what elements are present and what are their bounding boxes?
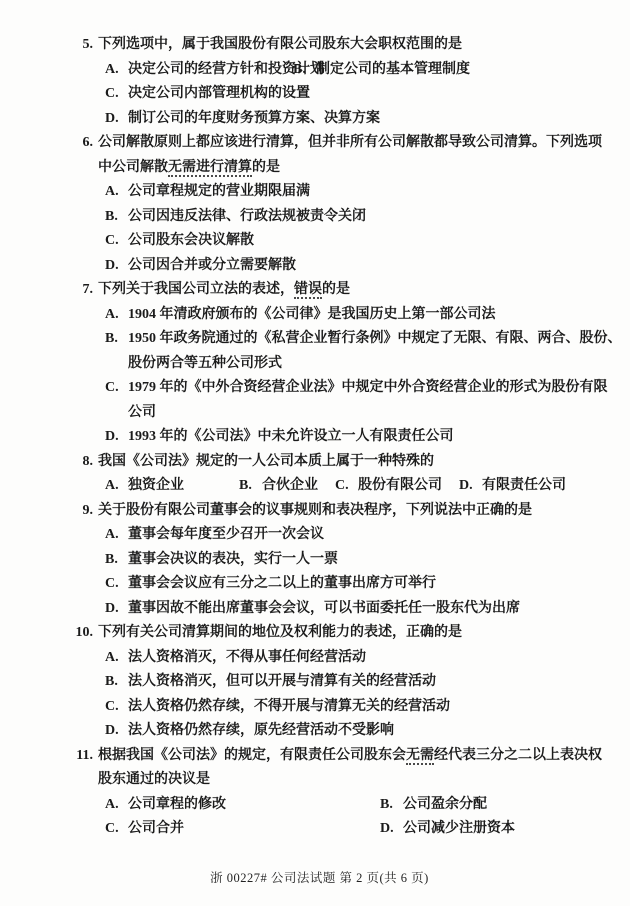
question-stem: 公司解散原则上都应该进行清算，但并非所有公司解散都导致公司清算。下列选项中公司解… xyxy=(98,131,572,180)
option-text-line: 独资企业 xyxy=(128,474,184,499)
option-text: 公司章程的修改 xyxy=(128,793,226,818)
option: B.公司盈余分配 xyxy=(380,793,487,818)
option-label: B. xyxy=(293,58,316,83)
option-label: D. xyxy=(105,254,128,279)
option-row: A.决定公司的经营方针和投资计划B.制定公司的基本管理制度 xyxy=(105,58,572,83)
option-text: 公司因违反法律、行政法规被责令关闭 xyxy=(128,205,366,230)
option-text: 1904 年清政府颁布的《公司律》是我国历史上第一部公司法 xyxy=(128,303,496,328)
option-text: 法人资格仍然存续，不得开展与清算无关的经营活动 xyxy=(128,695,450,720)
option: D.有限责任公司 xyxy=(459,474,566,499)
stem-text: 根据我国《公司法》的规定，有限责任公司股东会 xyxy=(98,748,406,763)
stem-text: 的是 xyxy=(252,160,280,175)
option-row: D.董事因故不能出席董事会会议，可以书面委托任一股东代为出席 xyxy=(105,597,572,622)
option-text-line: 决定公司内部管理机构的设置 xyxy=(128,82,310,107)
option-label: B. xyxy=(105,548,128,573)
option-row: C.决定公司内部管理机构的设置 xyxy=(105,82,572,107)
option-text-line: 公司减少注册资本 xyxy=(403,817,515,842)
option-label: D. xyxy=(105,597,128,622)
stem-text: 我国《公司法》规定的一人公司本质上属于一种特殊的 xyxy=(98,454,434,469)
option: D.公司减少注册资本 xyxy=(380,817,515,842)
stem-text: 公司解散原则上都应该进行清算，但并非所有公司解散都导致公司清算。下列选项 xyxy=(98,135,602,150)
option-text: 独资企业 xyxy=(128,474,184,499)
option-text: 1979 年的《中外合资经营企业法》中规定中外合资经营企业的形式为股份有限公司 xyxy=(128,376,572,425)
option-label: A. xyxy=(105,58,128,83)
options: A.公司章程的修改B.公司盈余分配C.公司合并D.公司减少注册资本 xyxy=(105,793,572,842)
stem-text: 下列关于我国公司立法的表述， xyxy=(98,282,294,297)
option-text: 公司减少注册资本 xyxy=(403,817,515,842)
question: 7.下列关于我国公司立法的表述，错误的是A.1904 年清政府颁布的《公司律》是… xyxy=(67,278,572,450)
option-label: A. xyxy=(105,180,128,205)
questions: 5.下列选项中，属于我国股份有限公司股东大会职权范围的是A.决定公司的经营方针和… xyxy=(67,33,572,842)
option: A.决定公司的经营方针和投资计划 xyxy=(105,58,293,83)
option-text-line: 1950 年政务院通过的《私营企业暂行条例》中规定了无限、有限、两合、股份、 xyxy=(128,327,572,352)
option-text-line: 1993 年的《公司法》中未允许设立一人有限责任公司 xyxy=(128,425,454,450)
option-text-line: 股份两合等五种公司形式 xyxy=(128,352,572,377)
option-row: B.1950 年政务院通过的《私营企业暂行条例》中规定了无限、有限、两合、股份、… xyxy=(105,327,572,376)
option-label: B. xyxy=(105,205,128,230)
option-row: C.董事会会议应有三分之二以上的董事出席方可举行 xyxy=(105,572,572,597)
option: D.1993 年的《公司法》中未允许设立一人有限责任公司 xyxy=(105,425,454,450)
option: D.制订公司的年度财务预算方案、决算方案 xyxy=(105,107,380,132)
option-text: 董事会会议应有三分之二以上的董事出席方可举行 xyxy=(128,572,436,597)
option: B.董事会决议的表决，实行一人一票 xyxy=(105,548,338,573)
question: 10.下列有关公司清算期间的地位及权利能力的表述，正确的是A.法人资格消灭，不得… xyxy=(67,621,572,744)
options: A.决定公司的经营方针和投资计划B.制定公司的基本管理制度C.决定公司内部管理机… xyxy=(105,58,572,132)
stem-line: 根据我国《公司法》的规定，有限责任公司股东会无需经代表三分之二以上表决权 xyxy=(98,744,572,769)
page-footer: 浙 00227# 公司法试题 第 2 页(共 6 页) xyxy=(67,866,572,891)
stem-text: 下列有关公司清算期间的地位及权利能力的表述，正确的是 xyxy=(98,625,462,640)
option-text-line: 制定公司的基本管理制度 xyxy=(316,58,470,83)
option-label: A. xyxy=(105,793,128,818)
stem-text: 经代表三分之二以上表决权 xyxy=(434,748,602,763)
option-text: 公司章程规定的营业期限届满 xyxy=(128,180,310,205)
question-number: 7. xyxy=(67,278,93,303)
option-text: 1993 年的《公司法》中未允许设立一人有限责任公司 xyxy=(128,425,454,450)
option-text: 有限责任公司 xyxy=(482,474,566,499)
option-label: B. xyxy=(380,793,403,818)
option-label: D. xyxy=(459,474,482,499)
options: A.1904 年清政府颁布的《公司律》是我国历史上第一部公司法B.1950 年政… xyxy=(105,303,572,450)
option: A.公司章程的修改 xyxy=(105,793,380,818)
question-stem-row: 6.公司解散原则上都应该进行清算，但并非所有公司解散都导致公司清算。下列选项中公… xyxy=(67,131,572,180)
question-stem: 关于股份有限公司董事会的议事规则和表决程序，下列说法中正确的是 xyxy=(98,499,572,524)
option-text-line: 公司因合并或分立需要解散 xyxy=(128,254,296,279)
option: D.公司因合并或分立需要解散 xyxy=(105,254,296,279)
option: A.董事会每年度至少召开一次会议 xyxy=(105,523,324,548)
question-stem-row: 8.我国《公司法》规定的一人公司本质上属于一种特殊的 xyxy=(67,450,572,475)
stem-text: 股东通过的决议是 xyxy=(98,772,210,787)
option: C.法人资格仍然存续，不得开展与清算无关的经营活动 xyxy=(105,695,450,720)
option-text-line: 1979 年的《中外合资经营企业法》中规定中外合资经营企业的形式为股份有限 xyxy=(128,376,572,401)
stem-text: 的是 xyxy=(322,282,350,297)
stem-line: 公司解散原则上都应该进行清算，但并非所有公司解散都导致公司清算。下列选项 xyxy=(98,131,572,156)
option-label: C. xyxy=(105,229,128,254)
emphasis-text: 错误 xyxy=(294,282,322,299)
option-row: B.法人资格消灭，但可以开展与清算有关的经营活动 xyxy=(105,670,572,695)
option-row: C.公司股东会决议解散 xyxy=(105,229,572,254)
question-stem: 下列选项中，属于我国股份有限公司股东大会职权范围的是 xyxy=(98,33,572,58)
option-text-line: 有限责任公司 xyxy=(482,474,566,499)
option-text: 1950 年政务院通过的《私营企业暂行条例》中规定了无限、有限、两合、股份、股份… xyxy=(128,327,572,376)
stem-line: 下列有关公司清算期间的地位及权利能力的表述，正确的是 xyxy=(98,621,572,646)
question-number: 10. xyxy=(67,621,93,646)
option-text-line: 合伙企业 xyxy=(262,474,318,499)
option-label: C. xyxy=(105,376,128,401)
question-number: 5. xyxy=(67,33,93,58)
option: C.决定公司内部管理机构的设置 xyxy=(105,82,310,107)
stem-line: 我国《公司法》规定的一人公司本质上属于一种特殊的 xyxy=(98,450,572,475)
option: C.公司合并 xyxy=(105,817,380,842)
option: B.公司因违反法律、行政法规被责令关闭 xyxy=(105,205,366,230)
option-text-line: 公司盈余分配 xyxy=(403,793,487,818)
option-text: 董事因故不能出席董事会会议，可以书面委托任一股东代为出席 xyxy=(128,597,520,622)
question-stem-row: 5.下列选项中，属于我国股份有限公司股东大会职权范围的是 xyxy=(67,33,572,58)
option-label: C. xyxy=(335,474,358,499)
option-row: A.董事会每年度至少召开一次会议 xyxy=(105,523,572,548)
option-row: D.公司因合并或分立需要解散 xyxy=(105,254,572,279)
stem-line: 下列选项中，属于我国股份有限公司股东大会职权范围的是 xyxy=(98,33,572,58)
option-label: D. xyxy=(380,817,403,842)
option-text-line: 法人资格消灭，但可以开展与清算有关的经营活动 xyxy=(128,670,436,695)
question: 11.根据我国《公司法》的规定，有限责任公司股东会无需经代表三分之二以上表决权股… xyxy=(67,744,572,842)
option-text-line: 董事会每年度至少召开一次会议 xyxy=(128,523,324,548)
question: 5.下列选项中，属于我国股份有限公司股东大会职权范围的是A.决定公司的经营方针和… xyxy=(67,33,572,131)
option: B.1950 年政务院通过的《私营企业暂行条例》中规定了无限、有限、两合、股份、… xyxy=(105,327,572,376)
stem-line: 关于股份有限公司董事会的议事规则和表决程序，下列说法中正确的是 xyxy=(98,499,572,524)
question-stem: 根据我国《公司法》的规定，有限责任公司股东会无需经代表三分之二以上表决权股东通过… xyxy=(98,744,572,793)
option-label: A. xyxy=(105,474,128,499)
stem-line: 股东通过的决议是 xyxy=(98,768,572,793)
stem-line: 下列关于我国公司立法的表述，错误的是 xyxy=(98,278,572,303)
option-row: D.制订公司的年度财务预算方案、决算方案 xyxy=(105,107,572,132)
option-text-line: 法人资格消灭，不得从事任何经营活动 xyxy=(128,646,366,671)
option-text: 法人资格消灭，不得从事任何经营活动 xyxy=(128,646,366,671)
option-label: A. xyxy=(105,303,128,328)
option-text: 董事会每年度至少召开一次会议 xyxy=(128,523,324,548)
option-label: B. xyxy=(105,327,128,352)
option-text-line: 公司合并 xyxy=(128,817,184,842)
option-text: 制定公司的基本管理制度 xyxy=(316,58,470,83)
option-text-line: 公司 xyxy=(128,401,572,426)
option: B.法人资格消灭，但可以开展与清算有关的经营活动 xyxy=(105,670,436,695)
exam-page: 5.下列选项中，属于我国股份有限公司股东大会职权范围的是A.决定公司的经营方针和… xyxy=(0,0,630,906)
option-text-line: 股份有限公司 xyxy=(358,474,442,499)
option: B.合伙企业 xyxy=(239,474,335,499)
option-text: 法人资格消灭，但可以开展与清算有关的经营活动 xyxy=(128,670,436,695)
option-label: D. xyxy=(105,107,128,132)
options: A.公司章程规定的营业期限届满B.公司因违反法律、行政法规被责令关闭C.公司股东… xyxy=(105,180,572,278)
option: C.董事会会议应有三分之二以上的董事出席方可举行 xyxy=(105,572,436,597)
question-stem: 我国《公司法》规定的一人公司本质上属于一种特殊的 xyxy=(98,450,572,475)
option: A.公司章程规定的营业期限届满 xyxy=(105,180,310,205)
option-text-line: 决定公司的经营方针和投资计划 xyxy=(128,58,293,83)
option-label: C. xyxy=(105,817,128,842)
option-text: 决定公司内部管理机构的设置 xyxy=(128,82,310,107)
option-label: D. xyxy=(105,719,128,744)
option-text: 董事会决议的表决，实行一人一票 xyxy=(128,548,338,573)
option-row: A.公司章程的修改B.公司盈余分配 xyxy=(105,793,572,818)
stem-text: 关于股份有限公司董事会的议事规则和表决程序，下列说法中正确的是 xyxy=(98,503,532,518)
option: D.董事因故不能出席董事会会议，可以书面委托任一股东代为出席 xyxy=(105,597,520,622)
option-row: A.法人资格消灭，不得从事任何经营活动 xyxy=(105,646,572,671)
option-text-line: 董事会会议应有三分之二以上的董事出席方可举行 xyxy=(128,572,436,597)
option-text-line: 公司因违反法律、行政法规被责令关闭 xyxy=(128,205,366,230)
question-stem: 下列有关公司清算期间的地位及权利能力的表述，正确的是 xyxy=(98,621,572,646)
option-row: B.董事会决议的表决，实行一人一票 xyxy=(105,548,572,573)
option-text-line: 董事会决议的表决，实行一人一票 xyxy=(128,548,338,573)
question-number: 8. xyxy=(67,450,93,475)
option-text: 公司股东会决议解散 xyxy=(128,229,254,254)
option: A.独资企业 xyxy=(105,474,239,499)
option-label: B. xyxy=(105,670,128,695)
option-text-line: 公司章程的修改 xyxy=(128,793,226,818)
option: C.股份有限公司 xyxy=(335,474,459,499)
option-text: 法人资格仍然存续，原先经营活动不受影响 xyxy=(128,719,394,744)
option-label: C. xyxy=(105,572,128,597)
option-text-line: 法人资格仍然存续，不得开展与清算无关的经营活动 xyxy=(128,695,450,720)
option-text-line: 制订公司的年度财务预算方案、决算方案 xyxy=(128,107,380,132)
options: A.法人资格消灭，不得从事任何经营活动B.法人资格消灭，但可以开展与清算有关的经… xyxy=(105,646,572,744)
option: C.1979 年的《中外合资经营企业法》中规定中外合资经营企业的形式为股份有限公… xyxy=(105,376,572,425)
options: A.独资企业B.合伙企业C.股份有限公司D.有限责任公司 xyxy=(105,474,572,499)
option-row: D.法人资格仍然存续，原先经营活动不受影响 xyxy=(105,719,572,744)
option: C.公司股东会决议解散 xyxy=(105,229,254,254)
emphasis-text: 无需 xyxy=(406,748,434,765)
question-number: 11. xyxy=(67,744,93,769)
option-text: 制订公司的年度财务预算方案、决算方案 xyxy=(128,107,380,132)
option-row: C.法人资格仍然存续，不得开展与清算无关的经营活动 xyxy=(105,695,572,720)
option-label: A. xyxy=(105,523,128,548)
option-row: C.公司合并D.公司减少注册资本 xyxy=(105,817,572,842)
stem-text: 下列选项中，属于我国股份有限公司股东大会职权范围的是 xyxy=(98,37,462,52)
option-row: A.公司章程规定的营业期限届满 xyxy=(105,180,572,205)
option-row: D.1993 年的《公司法》中未允许设立一人有限责任公司 xyxy=(105,425,572,450)
option-text: 公司盈余分配 xyxy=(403,793,487,818)
option-row: B.公司因违反法律、行政法规被责令关闭 xyxy=(105,205,572,230)
stem-text: 中公司解散 xyxy=(98,160,168,175)
option-text: 公司合并 xyxy=(128,817,184,842)
option-label: A. xyxy=(105,646,128,671)
question-number: 6. xyxy=(67,131,93,156)
question-stem-row: 9.关于股份有限公司董事会的议事规则和表决程序，下列说法中正确的是 xyxy=(67,499,572,524)
option-label: C. xyxy=(105,695,128,720)
option: A.法人资格消灭，不得从事任何经营活动 xyxy=(105,646,366,671)
option-row: C.1979 年的《中外合资经营企业法》中规定中外合资经营企业的形式为股份有限公… xyxy=(105,376,572,425)
question: 6.公司解散原则上都应该进行清算，但并非所有公司解散都导致公司清算。下列选项中公… xyxy=(67,131,572,278)
option: B.制定公司的基本管理制度 xyxy=(293,58,470,83)
question: 8.我国《公司法》规定的一人公司本质上属于一种特殊的A.独资企业B.合伙企业C.… xyxy=(67,450,572,499)
option-label: C. xyxy=(105,82,128,107)
option-row: A.1904 年清政府颁布的《公司律》是我国历史上第一部公司法 xyxy=(105,303,572,328)
option-text: 股份有限公司 xyxy=(358,474,442,499)
option: D.法人资格仍然存续，原先经营活动不受影响 xyxy=(105,719,394,744)
option-row: A.独资企业B.合伙企业C.股份有限公司D.有限责任公司 xyxy=(105,474,572,499)
option-label: B. xyxy=(239,474,262,499)
option-text: 决定公司的经营方针和投资计划 xyxy=(128,58,293,83)
option-text: 合伙企业 xyxy=(262,474,318,499)
option-text-line: 法人资格仍然存续，原先经营活动不受影响 xyxy=(128,719,394,744)
option: A.1904 年清政府颁布的《公司律》是我国历史上第一部公司法 xyxy=(105,303,496,328)
option-label: D. xyxy=(105,425,128,450)
question-stem-row: 7.下列关于我国公司立法的表述，错误的是 xyxy=(67,278,572,303)
question-stem-row: 11.根据我国《公司法》的规定，有限责任公司股东会无需经代表三分之二以上表决权股… xyxy=(67,744,572,793)
options: A.董事会每年度至少召开一次会议B.董事会决议的表决，实行一人一票C.董事会会议… xyxy=(105,523,572,621)
question: 9.关于股份有限公司董事会的议事规则和表决程序，下列说法中正确的是A.董事会每年… xyxy=(67,499,572,622)
option-text-line: 1904 年清政府颁布的《公司律》是我国历史上第一部公司法 xyxy=(128,303,496,328)
option-text: 公司因合并或分立需要解散 xyxy=(128,254,296,279)
option-text-line: 公司章程规定的营业期限届满 xyxy=(128,180,310,205)
question-stem-row: 10.下列有关公司清算期间的地位及权利能力的表述，正确的是 xyxy=(67,621,572,646)
option-text-line: 董事因故不能出席董事会会议，可以书面委托任一股东代为出席 xyxy=(128,597,520,622)
stem-line: 中公司解散无需进行清算的是 xyxy=(98,156,572,181)
option-text-line: 公司股东会决议解散 xyxy=(128,229,254,254)
emphasis-text: 无需进行清算 xyxy=(168,160,252,177)
question-stem: 下列关于我国公司立法的表述，错误的是 xyxy=(98,278,572,303)
question-number: 9. xyxy=(67,499,93,524)
